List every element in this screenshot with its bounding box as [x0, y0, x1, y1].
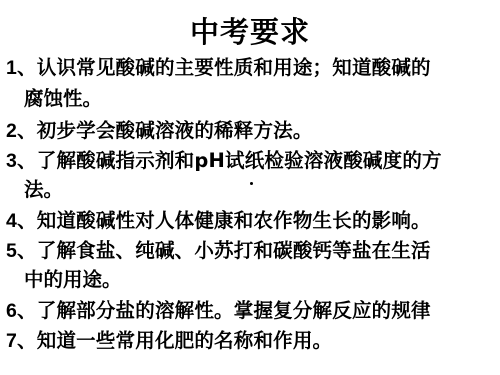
item-1-continuation: 腐蚀性。 [24, 83, 102, 111]
item-text: 、知道一些常用化肥的名称和作用。 [17, 329, 332, 352]
item-text: 、初步学会酸碱溶液的稀释方法。 [17, 119, 313, 142]
item-3-continuation: 法。 [24, 174, 63, 202]
requirement-item-1: 1、认识常见酸碱的主要性质和用途；知道酸碱的 [6, 52, 431, 80]
stray-dot [250, 182, 253, 185]
item-text: 、了解食盐、纯碱、小苏打和碳酸钙等盐在生活 [17, 239, 431, 262]
item-number: 1 [6, 57, 17, 79]
requirement-item-6: 6、了解部分盐的溶解性。掌握复分解反应的规律 [6, 295, 431, 323]
item-5-continuation: 中的用途。 [24, 264, 122, 292]
item-text: 、了解部分盐的溶解性。掌握复分解反应的规律 [17, 299, 431, 322]
requirement-item-7: 7、知道一些常用化肥的名称和作用。 [6, 325, 332, 353]
item-number: 3 [6, 150, 17, 172]
item-text: 、认识常见酸碱的主要性质和用途；知道酸碱的 [17, 56, 431, 79]
requirement-item-5: 5、了解食盐、纯碱、小苏打和碳酸钙等盐在生活 [6, 235, 431, 263]
requirement-item-3: 3、了解酸碱指示剂和pH试纸检验溶液酸碱度的方 [6, 145, 442, 173]
requirement-item-4: 4、知道酸碱性对人体健康和农作物生长的影响。 [6, 205, 431, 233]
item-number: 6 [6, 300, 17, 322]
item-text: 、知道酸碱性对人体健康和农作物生长的影响。 [17, 209, 431, 232]
item-number: 7 [6, 330, 17, 352]
item-text: 、了解酸碱指示剂和pH试纸检验溶液酸碱度的方 [17, 149, 442, 172]
slide-title: 中考要求 [0, 10, 500, 51]
requirement-item-2: 2、初步学会酸碱溶液的稀释方法。 [6, 115, 313, 143]
item-number: 2 [6, 120, 17, 142]
item-number: 4 [6, 210, 17, 232]
item-number: 5 [6, 240, 17, 262]
